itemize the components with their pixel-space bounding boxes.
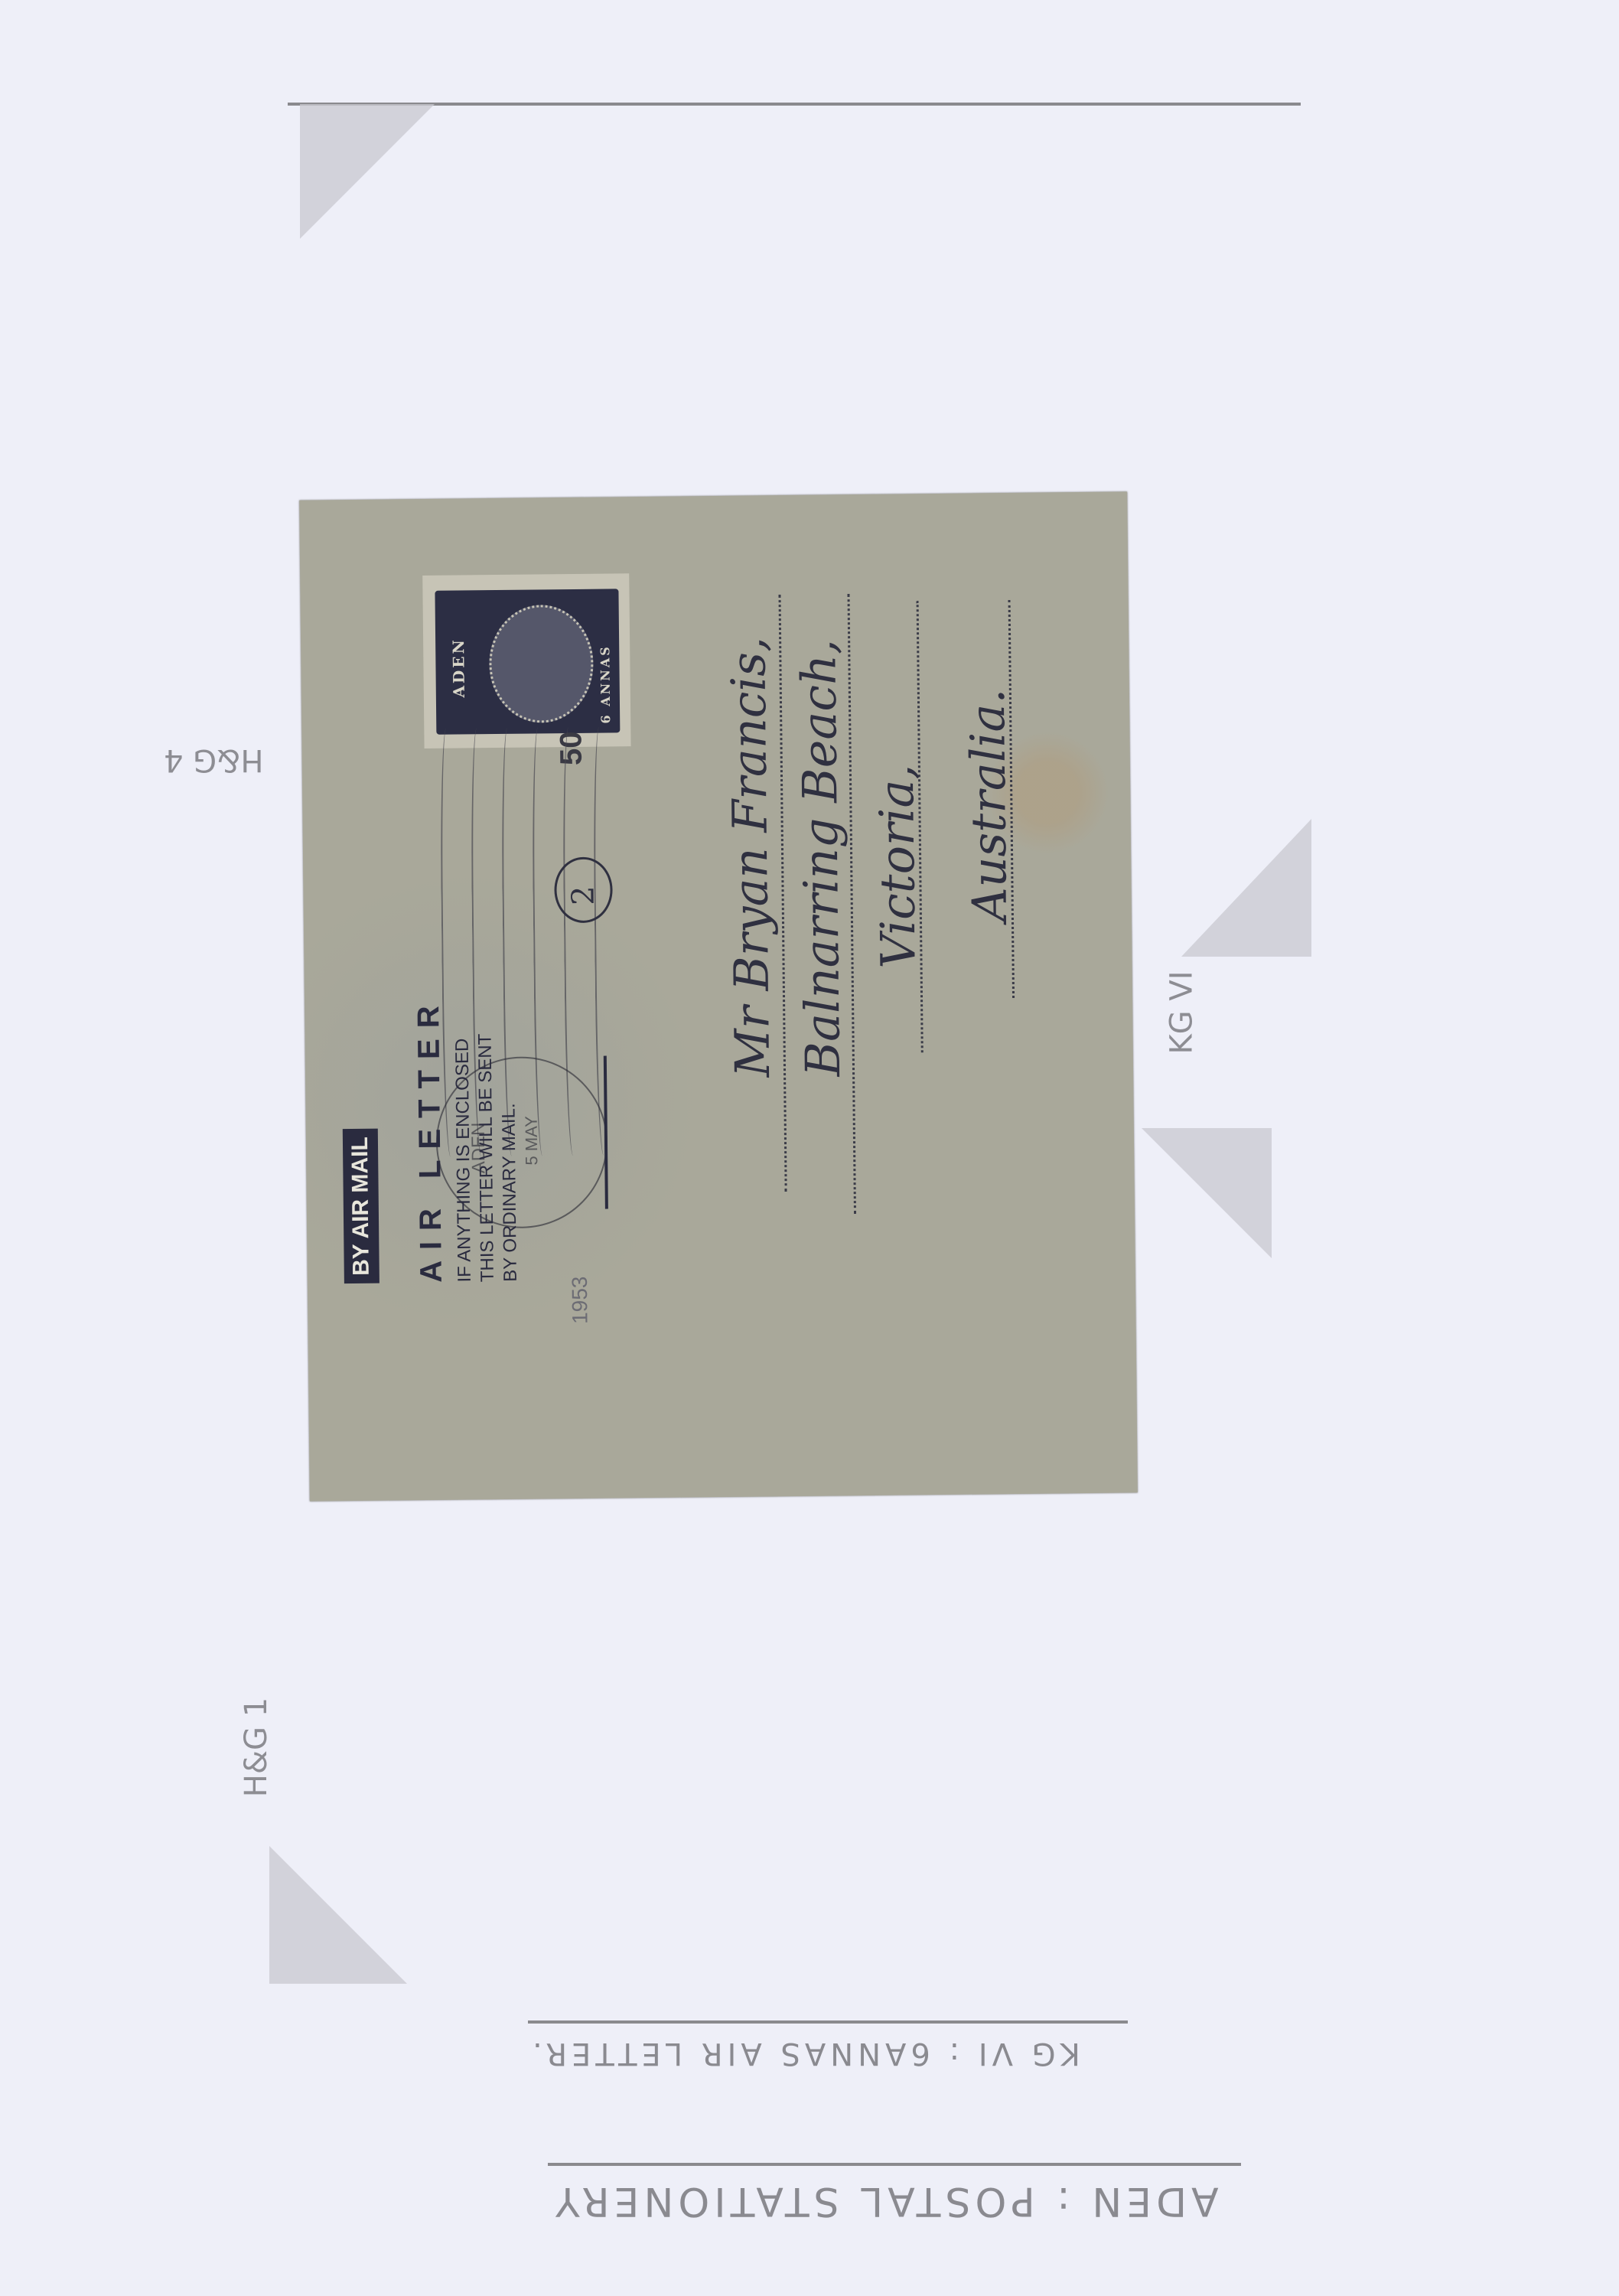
pencil-note-year: 1953 <box>568 1276 593 1324</box>
warning-line-1: IF ANYTHING IS ENCLOSED <box>452 1039 476 1283</box>
page-title: ADEN : POSTAL STATIONERY <box>551 2178 1219 2224</box>
by-air-mail-label: BY AIR MAIL <box>343 1129 380 1283</box>
stamp-country: ADEN <box>449 638 468 698</box>
address-line-4: Australia. <box>959 689 1018 922</box>
margin-note-hg1: H&G 1 <box>239 1698 274 1797</box>
photo-corner-bottom-left <box>269 1846 407 1984</box>
margin-note-kgvi: KG VI <box>1165 970 1200 1054</box>
address-line-3: Victoria, <box>868 765 927 969</box>
air-letter-cover: ADEN 6 ANNAS 50 2 ADEN 5 MAY BY AIR MAIL… <box>299 491 1138 1501</box>
warning-line-2: THIS LETTER WILL BE SENT <box>474 1034 498 1283</box>
king-portrait <box>489 605 595 723</box>
photo-corner-right-lower <box>1142 1128 1272 1258</box>
stamp-value: 6 ANNAS <box>598 644 613 724</box>
address-line-1: Mr Bryan Francis, <box>720 637 780 1078</box>
subtitle: KG VI : 6ANNAS AIR LETTER. <box>528 2036 1080 2071</box>
air-letter-title: AIR LETTER <box>412 995 449 1283</box>
address-line-2: Balnarring Beach, <box>790 639 851 1077</box>
warning-line-3: BY ORDINARY MAIL. <box>498 1103 521 1282</box>
photo-corner-right-upper <box>1181 819 1311 957</box>
title-rule-lower <box>548 2163 1241 2166</box>
stamp: ADEN 6 ANNAS <box>422 573 630 748</box>
circled-mark: 2 <box>554 856 613 923</box>
margin-note-hg4: H&G 4 <box>164 742 263 778</box>
photo-corner-top-left <box>300 104 435 239</box>
title-rule-upper <box>528 2020 1128 2024</box>
top-rule <box>288 103 1301 106</box>
